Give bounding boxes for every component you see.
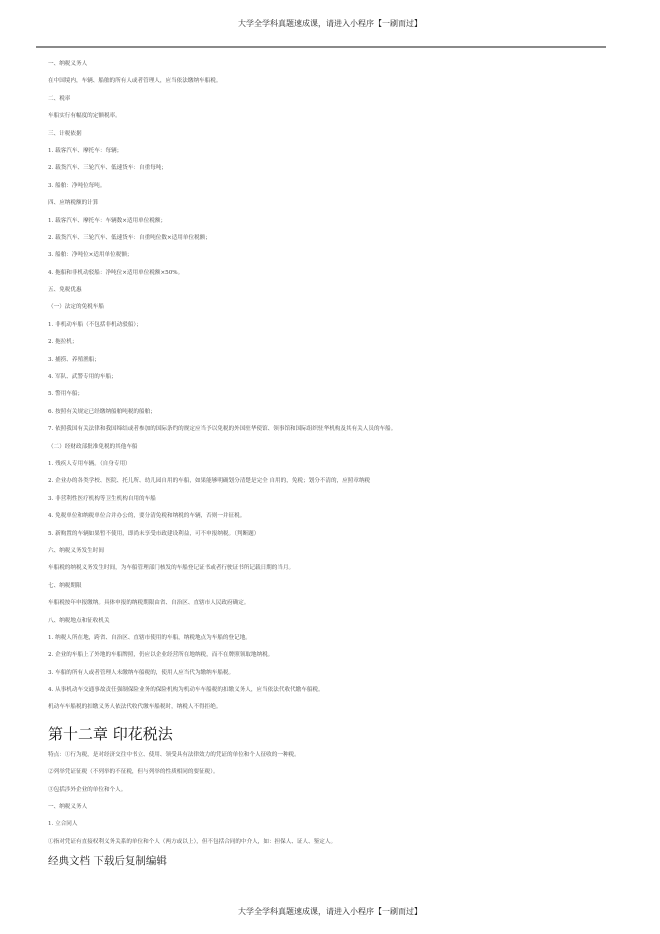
document-line: 2. 企业的车船上了外地的车船牌照，仍应以企业经营所在地纳税，而不在牌照领取地纳… (48, 647, 628, 664)
document-line: 3. 非营利性医疗机构等卫生机构自用的车船 (48, 491, 628, 508)
document-line: （一）法定的免税车船 (48, 299, 628, 316)
document-line: 在中国境内，车辆、船舶的所有人或者管理人，应当依法缴纳车船税。 (48, 73, 628, 90)
document-line: 3. 捕捞、养殖渔船； (48, 352, 628, 369)
document-line: 4. 军队、武警专用的车船； (48, 369, 628, 386)
document-line: 2. 载货汽车、三轮汽车、低速货车：自重吨位数×适用单位税额； (48, 230, 628, 247)
chapter-title: 第十二章 印花税法 (48, 721, 628, 747)
document-line: 1. 立合同人 (48, 816, 628, 833)
document-line: 3. 船舶：净吨位×适用单位税额； (48, 247, 628, 264)
document-line: 八、纳税地点和征收机关 (48, 613, 628, 630)
document-line: 4. 从事机动车交通事故责任强制保险业务的保险机构为机动车车船税的扣缴义务人，应… (48, 682, 628, 699)
document-line: 1. 纳税人所在地，跨省、自治区、直辖市使用的车船，纳税地点为车船的登记地。 (48, 630, 628, 647)
document-line: 车船实行有幅度的定额税率。 (48, 108, 628, 125)
document-line: 1. 非机动车船（不包括非机动驳船）； (48, 317, 628, 334)
document-line: 2. 拖拉机； (48, 334, 628, 351)
document-line: 1. 载客汽车、摩托车：车辆数×适用单位税额； (48, 213, 628, 230)
document-line: 七、纳税期限 (48, 578, 628, 595)
section-vehicle-vessel-tax: 一、纳税义务人在中国境内，车辆、船舶的所有人或者管理人，应当依法缴纳车船税。二、… (48, 56, 628, 717)
document-line: 车船税按年申报缴纳。具体申报的纳税期限由省、自治区、直辖市人民政府确定。 (48, 595, 628, 612)
document-line: 一、纳税义务人 (48, 799, 628, 816)
document-line: ①指对凭证有直接权利义务关系的单位和个人（两方或以上），但不包括合同的中介人，如… (48, 834, 628, 851)
document-line: 2. 载货汽车、三轮汽车、低速货车：自重每吨； (48, 160, 628, 177)
document-line: 六、纳税义务发生时间 (48, 543, 628, 560)
document-line: 一、纳税义务人 (48, 56, 628, 73)
document-body: 一、纳税义务人在中国境内，车辆、船舶的所有人或者管理人，应当依法缴纳车船税。二、… (48, 56, 628, 871)
document-line: 五、免税优惠 (48, 282, 628, 299)
header-divider (36, 46, 606, 48)
document-line: 3. 船舶：净吨位每吨。 (48, 178, 628, 195)
document-line: 5. 警用车船； (48, 386, 628, 403)
document-line: 二、税率 (48, 91, 628, 108)
document-line: 1. 载客汽车、摩托车：每辆； (48, 143, 628, 160)
document-line: 特点：①行为税，是对经济交往中书立、使用、领受具有法律效力的凭证的单位和个人征收… (48, 747, 628, 764)
document-line: 2. 企业办的各类学校、医院、托儿所、幼儿园自用的车船，如果能够明确划分清楚是完… (48, 473, 628, 490)
document-line: 4. 拖船和非机动驳船：净吨位×适用单位税额×50%。 (48, 265, 628, 282)
document-line: （二）经财政部批准免税的其他车船 (48, 439, 628, 456)
document-line: 机动车车船税的扣缴义务人依法代收代缴车船税时，纳税人不得拒绝。 (48, 699, 628, 716)
page-footer-text: 大学全学科真题速成课，请进入小程序【一刷而过】 (0, 906, 660, 917)
document-line: ②列举凭证征税（不列举的不征税，但与列举的性质相同的要征税）。 (48, 764, 628, 781)
document-line: 7. 依照我国有关法律和我国缔结或者参加的国际条约的规定应当予以免税的外国驻华使… (48, 421, 628, 438)
document-line: 3. 车船的所有人或者管理人未缴纳车船税的，使用人应当代为缴纳车船税。 (48, 665, 628, 682)
closing-note: 经典文档 下载后复制编辑 (48, 851, 628, 871)
document-line: 4. 免税单位和纳税单位合并办公的，要分清免税和纳税的车辆，否则一并征税。 (48, 508, 628, 525)
document-line: ③包括涉外企业的单位和个人。 (48, 782, 628, 799)
document-line: 5. 新购置的车辆如果暂不使用，即尚未享受市政建设利益，可不申报纳税。（判断题） (48, 526, 628, 543)
document-line: 车船税的纳税义务发生时间，为车船管理部门核发的车船登记证书或者行驶证书所记载日期… (48, 560, 628, 577)
document-line: 6. 按照有关规定已经缴纳船舶吨税的船舶； (48, 404, 628, 421)
document-line: 四、应纳税额的计算 (48, 195, 628, 212)
section-stamp-tax: 特点：①行为税，是对经济交往中书立、使用、领受具有法律效力的凭证的单位和个人征收… (48, 747, 628, 851)
document-line: 三、计税依据 (48, 126, 628, 143)
document-line: 1. 残疾人专用车辆。（自身专用） (48, 456, 628, 473)
page-header-text: 大学全学科真题速成课，请进入小程序【一刷而过】 (0, 18, 660, 29)
